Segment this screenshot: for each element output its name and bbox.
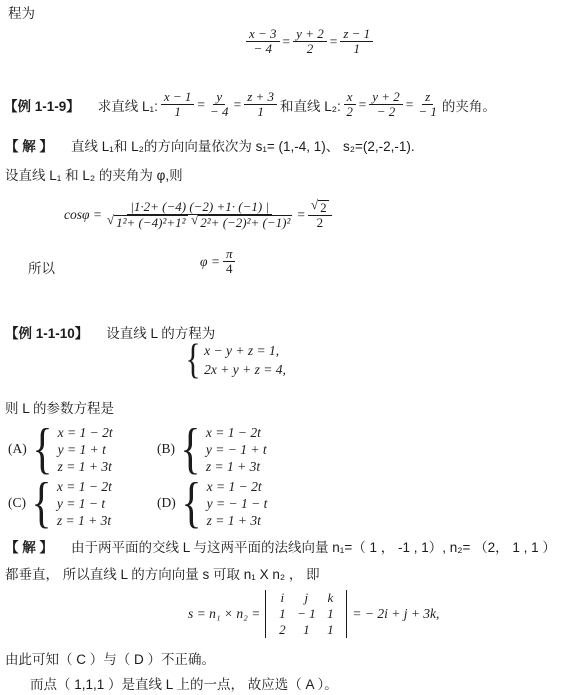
- denominator: − 1: [416, 105, 439, 119]
- sqrt-radical: √ 2²+ (−2)²+ (−1)²: [191, 215, 292, 230]
- numerator: z + 3: [244, 90, 277, 105]
- radical-sign: √: [191, 213, 198, 227]
- fraction: y + 2 2: [293, 27, 327, 57]
- cos-phi-equation: cosφ = |1·2+ (−4) (−2) +1· (−1) | √ 1²+ …: [64, 200, 332, 231]
- left-brace: {: [186, 340, 201, 380]
- solution-10-normals-text: 由于两平面的交线 L 与这两平面的法线向量 n₁=（ 1 ， -1 , 1）, …: [71, 536, 556, 556]
- document-page: { "glyphs": { "eq": "=", "radical": "√",…: [0, 0, 580, 695]
- example-9-pre-text: 求直线 L₁:: [98, 95, 158, 115]
- system-of-equations: { x − y + z = 1, 2x + y + z = 4,: [183, 340, 286, 380]
- fraction: x 2: [344, 90, 356, 120]
- option-B: (B) { x = 1 − 2t y = − 1 + t z = 1 + 3t: [157, 423, 267, 475]
- numerator: x − 3: [246, 27, 280, 42]
- numerator: x − 1: [161, 90, 195, 105]
- denominator: 2: [305, 42, 316, 56]
- equals-sign: =: [297, 207, 305, 223]
- matrix-cell: − 1: [294, 606, 318, 622]
- equals-sign: =: [283, 34, 291, 50]
- numerator: y + 2: [293, 27, 327, 42]
- cross-product-lhs: s = n₁ × n₂ =: [188, 606, 260, 622]
- example-9-tag: 【例 1-1-9】: [4, 95, 80, 115]
- left-brace: {: [181, 477, 201, 529]
- denominator: 2: [344, 105, 355, 119]
- fraction: y + 2 − 2: [369, 90, 403, 120]
- equals-sign: =: [406, 97, 414, 113]
- denominator: − 4: [252, 42, 275, 56]
- radical-sign: √: [311, 198, 318, 212]
- option-eq: y = − 1 − t: [207, 495, 268, 512]
- therefore-text: 所以: [28, 257, 55, 277]
- solution-9-line2: 设直线 L₁ 和 L₂ 的夹角为 φ,则: [5, 164, 183, 184]
- phi-result-equation: φ = π 4: [200, 247, 235, 277]
- radicand: 2²+ (−2)²+ (−1)²: [198, 215, 292, 230]
- option-C: (C) { x = 1 − 2t y = 1 − t z = 1 + 3t: [8, 477, 112, 529]
- system-lines: x − y + z = 1, 2x + y + z = 4,: [204, 341, 286, 379]
- example-10-line: 【例 1-1-10】 设直线 L 的方程为: [5, 322, 215, 342]
- option-eq: z = 1 + 3t: [207, 512, 268, 529]
- option-equations: x = 1 − 2t y = − 1 − t z = 1 + 3t: [207, 478, 268, 529]
- cos-phi-lhs: cosφ =: [64, 207, 102, 223]
- option-label: (C): [8, 495, 26, 511]
- option-eq: y = − 1 + t: [206, 441, 267, 458]
- example-9-post-text: 的夹角。: [442, 95, 496, 115]
- option-eq: z = 1 + 3t: [58, 458, 113, 475]
- equals-sign: =: [330, 34, 338, 50]
- radical-sign: √: [107, 213, 114, 227]
- option-D: (D) { x = 1 − 2t y = − 1 − t z = 1 + 3t: [157, 477, 267, 529]
- solution-10-line1: 【 解 】 由于两平面的交线 L 与这两平面的法线向量 n₁=（ 1 ， -1 …: [5, 536, 556, 556]
- option-eq: x = 1 − 2t: [58, 424, 113, 441]
- solution-tag: 【 解 】: [5, 135, 53, 155]
- matrix-cell: k: [318, 590, 342, 606]
- top-equation: x − 3 − 4 = y + 2 2 = z − 1 1: [246, 27, 373, 57]
- fraction: x − 1 1: [161, 90, 195, 120]
- solution-10-line2: 都垂直， 所以直线 L 的方向向量 s 可取 n₁ X n₂ ， 即: [5, 563, 320, 583]
- numerator: y + 2: [369, 90, 403, 105]
- sqrt-radical: √ 1²+ (−4)²+1²: [107, 215, 188, 230]
- matrix-cell: 1: [318, 606, 342, 622]
- solution-tag: 【 解 】: [5, 536, 53, 556]
- phi-lhs: φ =: [200, 254, 220, 270]
- matrix-cell: 1: [318, 622, 342, 638]
- numerator: x: [344, 90, 356, 105]
- fraction: z − 1 1: [340, 27, 373, 57]
- left-brace: {: [31, 477, 51, 529]
- system-eq-2: 2x + y + z = 4,: [204, 360, 286, 379]
- example-9-line: 【例 1-1-9】 求直线 L₁: x − 1 1 = y − 4 = z + …: [4, 90, 496, 120]
- matrix-cell: 2: [270, 622, 294, 638]
- matrix-cell: 1: [270, 606, 294, 622]
- question-text: 则 L 的参数方程是: [5, 397, 114, 417]
- big-fraction: |1·2+ (−4) (−2) +1· (−1) | √ 1²+ (−4)²+1…: [105, 200, 294, 231]
- option-label: (D): [157, 495, 176, 511]
- denominator: − 4: [208, 105, 231, 119]
- cross-product-rhs: = − 2i + j + 3k,: [352, 606, 439, 622]
- numerator: |1·2+ (−4) (−2) +1· (−1) |: [127, 200, 272, 215]
- option-A: (A) { x = 1 − 2t y = 1 + t z = 1 + 3t: [8, 423, 113, 475]
- fraction: x − 3 − 4: [246, 27, 280, 57]
- fraction: z − 1: [416, 90, 439, 120]
- left-brace: {: [180, 423, 200, 475]
- solution-9-line1: 【 解 】 直线 L₁和 L₂的方向向量依次为 s₁= (1,-4, 1)、 s…: [5, 135, 415, 155]
- system-eq-1: x − y + z = 1,: [204, 341, 286, 360]
- denominator: − 2: [375, 105, 398, 119]
- option-eq: x = 1 − 2t: [57, 478, 112, 495]
- equals-sign: =: [234, 97, 242, 113]
- numerator: π: [223, 247, 236, 262]
- left-brace: {: [32, 423, 52, 475]
- option-eq: x = 1 − 2t: [206, 424, 267, 441]
- option-equations: x = 1 − 2t y = − 1 + t z = 1 + 3t: [206, 424, 267, 475]
- matrix-cell: i: [270, 590, 294, 606]
- intro-tail-text: 程为: [8, 2, 35, 22]
- example-9-mid-text: 和直线 L₂:: [280, 95, 341, 115]
- denominator: 2: [315, 216, 326, 230]
- equals-sign: =: [197, 97, 205, 113]
- solution-9-vectors-text: 直线 L₁和 L₂的方向向量依次为 s₁= (1,-4, 1)、 s₂=(2,-…: [71, 135, 415, 155]
- fraction: π 4: [223, 247, 236, 277]
- fraction: z + 3 1: [244, 90, 277, 120]
- option-eq: z = 1 + 3t: [57, 512, 112, 529]
- fraction: y − 4: [208, 90, 231, 120]
- radicand: 1²+ (−4)²+1²: [114, 215, 187, 230]
- sqrt-radical: √ 2: [311, 200, 329, 215]
- option-equations: x = 1 − 2t y = 1 − t z = 1 + 3t: [57, 478, 112, 529]
- radicand: 2: [318, 200, 329, 215]
- conclusion-line1: 由此可知（ C ）与（ D ）不正确。: [5, 648, 215, 668]
- equals-sign: =: [359, 97, 367, 113]
- numerator: z: [422, 90, 433, 105]
- denominator: 1: [172, 105, 183, 119]
- option-label: (A): [8, 441, 27, 457]
- denominator: √ 1²+ (−4)²+1² √ 2²+ (−2)²+ (−1)²: [105, 215, 294, 230]
- option-eq: y = 1 − t: [57, 495, 112, 512]
- numerator: √ 2: [308, 200, 332, 216]
- matrix-cell: 1: [294, 622, 318, 638]
- denominator: 1: [255, 105, 266, 119]
- cross-product-equation: s = n₁ × n₂ = i j k 1 − 1 1 2 1 1 = − 2i…: [188, 590, 439, 638]
- option-eq: z = 1 + 3t: [206, 458, 267, 475]
- option-label: (B): [157, 441, 175, 457]
- denominator: 4: [224, 262, 235, 276]
- result-fraction: √ 2 2: [308, 200, 332, 231]
- option-eq: y = 1 + t: [58, 441, 113, 458]
- numerator: z − 1: [340, 27, 373, 42]
- determinant-matrix: i j k 1 − 1 1 2 1 1: [265, 590, 347, 638]
- denominator: 1: [352, 42, 363, 56]
- option-equations: x = 1 − 2t y = 1 + t z = 1 + 3t: [58, 424, 113, 475]
- option-eq: x = 1 − 2t: [207, 478, 268, 495]
- matrix-cell: j: [294, 590, 318, 606]
- conclusion-line2: 而点（ 1,1,1 ）是直线 L 上的一点， 故应选（ A ）。: [30, 673, 338, 693]
- example-10-tag: 【例 1-1-10】: [5, 322, 88, 342]
- numerator: y: [213, 90, 225, 105]
